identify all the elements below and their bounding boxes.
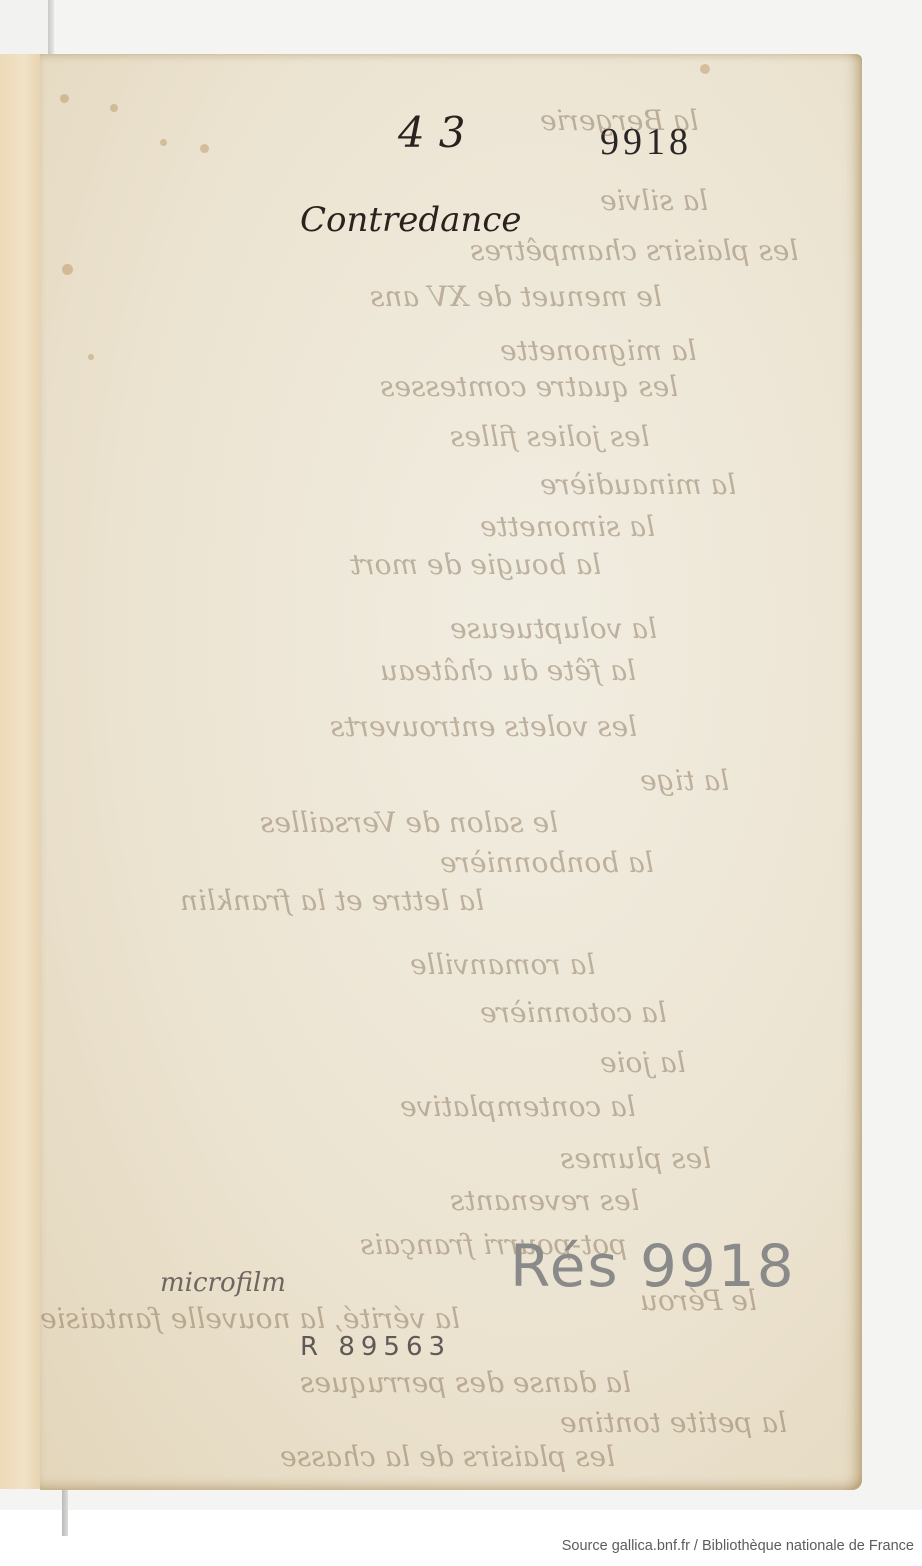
microfilm-shelfmark: R 89563 — [300, 1332, 451, 1362]
bleed-through-line: la minaudière — [540, 468, 736, 501]
bleed-through-line: la Bergerie — [540, 104, 698, 137]
bleed-through-line: la cotonnière — [480, 996, 667, 1029]
bleed-through-line: les plumes — [560, 1142, 711, 1175]
microfilm-note: microfilm — [160, 1268, 286, 1298]
scan-margin — [0, 0, 48, 54]
foxing-spot — [200, 144, 209, 153]
bleed-through-line: les quatre comtesses — [380, 370, 678, 403]
foxing-spot — [110, 104, 118, 112]
bleed-through-line: la tige — [640, 764, 729, 797]
bleed-through-line: la petite tontine — [560, 1406, 787, 1439]
bleed-through-line: la bonbonnière — [440, 846, 654, 879]
bleed-through-line: la contemplative — [400, 1090, 636, 1123]
bleed-through-line: la romanville — [410, 948, 595, 981]
bleed-through-line: la vérité, la nouvelle fantaisie — [40, 1302, 460, 1335]
gutter-shadow — [48, 0, 54, 54]
bleed-through-line: la fête du château — [380, 654, 636, 687]
bleed-through-line: la lettre et la franklin — [180, 884, 484, 917]
bleed-through-line: la bougie de mort — [350, 548, 601, 581]
bleed-through-line: la danse des perruques — [300, 1366, 631, 1399]
bleed-through-line: la joie — [600, 1046, 686, 1079]
folio-number: 43 — [398, 108, 479, 157]
bleed-through-line: les volets entrouverts — [330, 710, 637, 743]
bleed-through-line: la simonette — [480, 510, 655, 543]
pencil-shelfmark: Rés 9918 — [510, 1232, 796, 1300]
bleed-through-line: la mignonette — [500, 334, 697, 367]
bleed-through-line: le salon de Versailles — [260, 806, 558, 839]
bleed-through-line: les plaisirs de la chasse — [280, 1440, 615, 1473]
bleed-through-line: les jolies filles — [450, 420, 650, 453]
bleed-through-line: la voluptueuse — [450, 612, 657, 645]
foxing-spot — [160, 139, 167, 146]
foxing-spot — [62, 264, 73, 275]
foxing-spot — [700, 64, 710, 74]
bleed-through-line: les revenants — [450, 1184, 640, 1217]
foxing-spot — [60, 94, 69, 103]
previous-leaf-edge — [0, 54, 41, 1489]
bleed-through-line: le menuet de XV ans — [370, 280, 662, 313]
bleed-through-line: la silvie — [600, 184, 708, 217]
gutter-shadow — [62, 1490, 68, 1536]
foxing-spot — [88, 354, 94, 360]
bleed-through-line: les plaisirs champêtres — [470, 234, 798, 267]
source-credit: Source gallica.bnf.fr / Bibliothèque nat… — [562, 1538, 914, 1554]
